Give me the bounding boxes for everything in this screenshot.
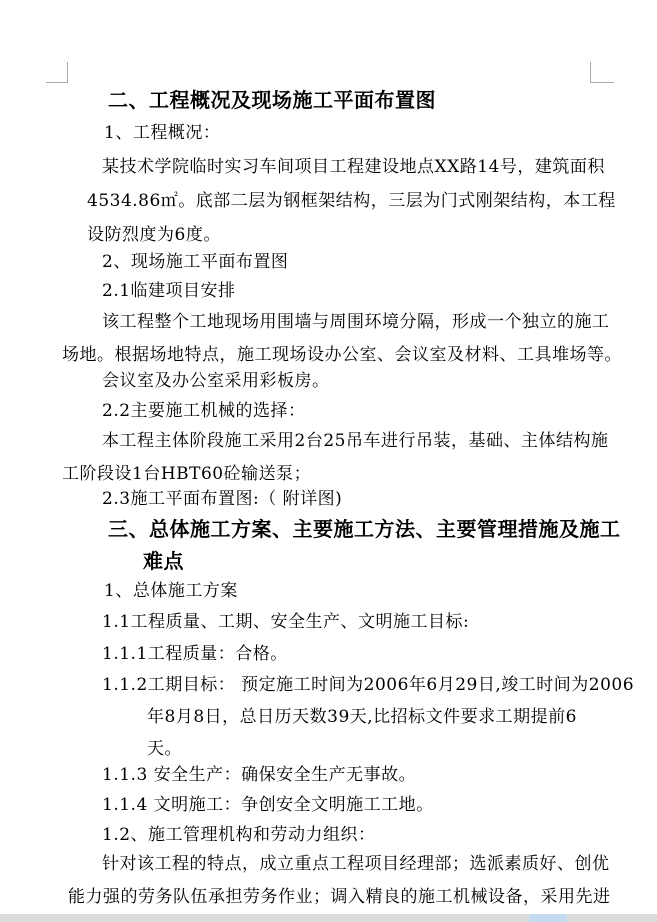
item-1-1-2-schedule: 1.1.2工期目标： 预定施工时间为2006年6月29日,竣工时间为2006 (102, 674, 634, 696)
paragraph-line: 设防烈度为6度。 (87, 224, 221, 246)
paragraph-line: 场地。根据场地特点，施工现场设办公室、会议室及材料、工具堆场等。 (62, 344, 622, 366)
section-heading-3: 三、总体施工方案、主要施工方法、主要管理措施及施工 (108, 517, 621, 541)
subheading-2-3: 2.3施工平面布置图:（ 附详图) (102, 488, 342, 510)
paragraph-line: 会议室及办公室采用彩板房。 (102, 370, 330, 392)
horizontal-scrollbar-thumb[interactable] (529, 914, 567, 922)
section-heading-2: 二、工程概况及现场施工平面布置图 (108, 88, 436, 112)
subheading-project-overview: 1、工程概况： (104, 122, 220, 144)
paragraph-line: 本工程主体阶段施工采用2台25吊车进行吊装，基础、主体结构施 (102, 430, 608, 452)
text-boundary-corner-mark-left (46, 62, 68, 83)
paragraph-line: 针对该工程的特点，成立重点工程项目经理部；选派素质好、创优 (102, 853, 610, 875)
item-1-1-1-quality: 1.1.1工程质量：合格。 (102, 643, 288, 665)
paragraph-line: 工阶段设1台HBT60砼输送泵； (62, 463, 311, 485)
subheading-2-1: 2.1临建项目安排 (102, 280, 236, 302)
paragraph-line: 该工程整个工地现场用围墙与周围环境分隔，形成一个独立的施工 (102, 311, 610, 333)
paragraph-line: 天。 (147, 738, 182, 760)
text-boundary-corner-mark-right (590, 62, 614, 83)
paragraph-line: 年8月8日，总日历天数39天,比招标文件要求工期提前6 (147, 706, 577, 728)
paragraph-line: 能力强的劳务队伍承担劳务作业；调入精良的施工机械设备，采用先进 (68, 886, 611, 908)
item-1-1-3-safety: 1.1.3 安全生产：确保安全生产无事故。 (102, 764, 416, 786)
subheading-2-2: 2.2主要施工机械的选择： (102, 400, 306, 422)
subheading-1-2: 1.2、施工管理机构和劳动力组织： (102, 824, 376, 846)
subheading-site-layout: 2、现场施工平面布置图 (102, 251, 288, 273)
item-1-1-4-civilized: 1.1.4 文明施工：争创安全文明施工工地。 (102, 794, 434, 816)
subheading-overall-plan: 1、总体施工方案 (104, 580, 238, 602)
paragraph-line: 某技术学院临时实习车间项目工程建设地点XX路14号，建筑面积 (102, 156, 605, 178)
document-page: 二、工程概况及现场施工平面布置图 1、工程概况： 某技术学院临时实习车间项目工程… (0, 0, 657, 922)
section-heading-3-cont: 难点 (143, 549, 184, 573)
horizontal-scrollbar[interactable] (0, 914, 657, 922)
subheading-1-1: 1.1工程质量、工期、安全生产、文明施工目标: (102, 611, 469, 633)
paragraph-line: 4534.86㎡。底部二层为钢框架结构，三层为门式刚架结构，本工程 (87, 190, 616, 212)
